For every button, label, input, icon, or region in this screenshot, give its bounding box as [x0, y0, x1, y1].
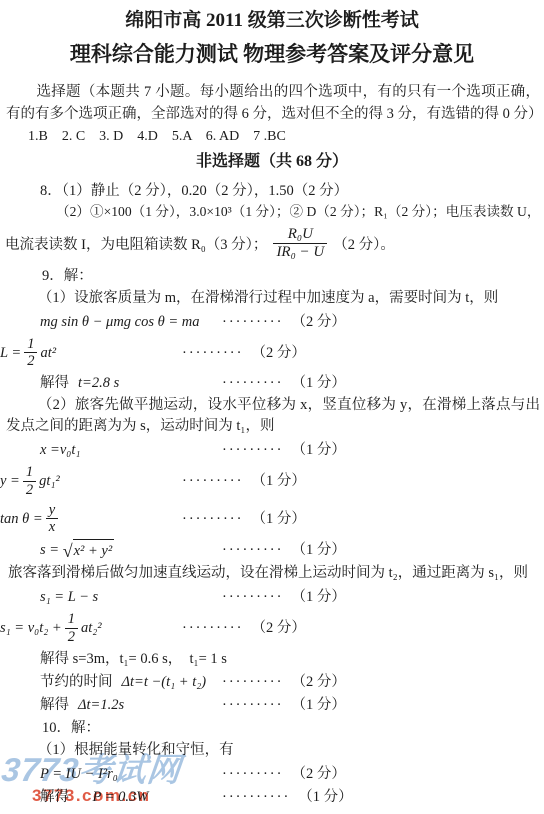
fraction-numerator: R₀U: [273, 226, 327, 244]
q8-line3-prefix: 电流表读数 I，为电阻箱读数 R₀（3 分）；: [5, 233, 267, 254]
q10-solve-power: 解得 P = 0.3W ·········· （1 分）: [40, 787, 544, 807]
formula: t=2.8 s: [78, 373, 119, 393]
choice-section-intro: 选择题（本题共 7 小题。每小题给出的四个选项中，有的只有一个选项正确，有的有多…: [6, 82, 540, 125]
formula-lhs: tan θ =: [0, 509, 43, 529]
score-label: （2 分）: [291, 764, 345, 784]
formula: Δt=t −(t₁ + t₂): [122, 672, 207, 692]
formula-rhs: at²: [40, 343, 56, 363]
document-content: 绵阳市高 2011 级第三次诊断性考试 理科综合能力测试 物理参考答案及评分意见…: [0, 0, 544, 807]
q9-equation-dt: 节约的时间Δt=t −(t₁ + t₂) ········· （2 分）: [40, 672, 544, 692]
score-label: （2 分）: [251, 343, 305, 363]
score-label: （1 分）: [291, 440, 345, 460]
score-label: （2 分）: [291, 672, 345, 692]
q10-header: 10．解：: [42, 718, 544, 738]
formula-rhs: gt₁²: [39, 471, 60, 491]
score-label: （1 分）: [251, 471, 305, 491]
dot-leader: ··········: [222, 787, 290, 807]
radicand: x² + y²: [73, 539, 115, 561]
score-label: （1 分）: [291, 587, 345, 607]
formula: P = 0.3W: [93, 787, 149, 807]
dot-leader: ·········: [222, 764, 283, 784]
one-half-fraction: 12: [65, 611, 78, 644]
q9-part1-intro: （1）设旅客质量为 m，在滑梯滑行过程中加速度为 a，需要时间为 t，则: [6, 288, 540, 309]
exam-title: 绵阳市高 2011 级第三次诊断性考试: [0, 0, 544, 34]
dot-leader: ·········: [222, 672, 283, 692]
q8-answer-line2: （2）①×100（1 分），3.0×10³（1 分）；② D（2 分）；R₁（2…: [56, 202, 544, 221]
q10-part1-intro: （1）根据能量转化和守恒，有: [6, 740, 540, 761]
q9-part2-intro: （2）旅客先做平抛运动，设水平位移为 x，竖直位移为 y，在滑梯上落点与出发点之…: [6, 395, 540, 437]
q9-equation-tan: tan θ = yx ········· （1 分）: [0, 502, 544, 535]
q9-equation-y: y = 12 gt₁² ········· （1 分）: [0, 464, 544, 497]
q9-solve-t: 解得t=2.8 s ········· （1 分）: [40, 373, 544, 393]
score-label: （2 分）: [291, 312, 345, 332]
dot-leader: ·········: [222, 695, 283, 715]
q9-part2-text2: 旅客落到滑梯后做匀加速直线运动，设在滑梯上运动时间为 t₂，通过距离为 s₁，则: [8, 563, 540, 584]
score-label: （1 分）: [251, 509, 305, 529]
q8-answer-line3: 电流表读数 I，为电阻箱读数 R₀（3 分）； R₀UIR₀ − U （2 分）…: [5, 223, 544, 263]
dot-leader: ·········: [182, 471, 243, 491]
q9-solve-values: 解得 s=3m，t₁= 0.6 s， t₁= 1 s: [40, 649, 544, 669]
formula-lhs: y =: [0, 471, 20, 491]
solve-values-text: 解得 s=3m，t₁= 0.6 s， t₁= 1 s: [40, 649, 227, 669]
fraction-numerator: 1: [65, 611, 78, 628]
dot-leader: ·········: [182, 618, 243, 638]
score-label: （1 分）: [291, 540, 345, 560]
formula-lhs: L =: [0, 343, 21, 363]
score-label: （1 分）: [298, 787, 352, 807]
dot-leader: ·········: [222, 540, 283, 560]
fraction-denominator: 2: [24, 353, 37, 369]
q9-header: 9．解：: [42, 266, 544, 286]
score-label: （2 分）: [251, 618, 305, 638]
dot-leader: ·········: [222, 440, 283, 460]
y-over-x-fraction: yx: [46, 502, 58, 535]
formula: Δt=1.2s: [78, 695, 124, 715]
q9-solve-dt: 解得Δt=1.2s ········· （1 分）: [40, 695, 544, 715]
q9-equation-distance: L = 12 at² ········· （2 分）: [0, 336, 544, 369]
solve-label: 解得: [40, 695, 69, 715]
dot-leader: ·········: [182, 509, 243, 529]
formula-rhs: at₂²: [81, 618, 102, 638]
saved-time-label: 节约的时间: [40, 672, 113, 692]
q9-equation-s1b: s₁ = v₀t₂ + 12 at₂² ········· （2 分）: [0, 611, 544, 644]
fraction-denominator: 2: [23, 482, 36, 498]
formula: P = IU − I²r₀: [40, 764, 118, 784]
formula: s₁ = L − s: [40, 587, 98, 607]
q9-equation-s1a: s₁ = L − s ········· （1 分）: [40, 587, 544, 607]
one-half-fraction: 12: [23, 464, 36, 497]
formula-lhs: s₁ = v₀t₂ +: [0, 618, 62, 638]
q8-answer-line1: 8．（1）静止（2 分），0.20（2 分），1.50（2 分）: [40, 181, 544, 201]
fraction-numerator: y: [46, 502, 58, 519]
choice-answers: 1.B 2. C 3. D 4.D 5.A 6. AD 7 .BC: [28, 127, 544, 146]
dot-leader: ·········: [222, 587, 283, 607]
fraction-denominator: IR₀ − U: [273, 244, 327, 261]
formula: mg sin θ − μmg cos θ = ma: [40, 312, 200, 332]
q9-equation-s: s = √x² + y² ········· （1 分）: [40, 539, 544, 561]
q10-equation-power: P = IU − I²r₀ ········· （2 分）: [40, 764, 544, 784]
one-half-fraction: 12: [24, 336, 37, 369]
fraction-denominator: 2: [65, 629, 78, 645]
q8-resistance-fraction: R₀UIR₀ − U: [273, 226, 327, 261]
dot-leader: ·········: [182, 343, 243, 363]
dot-leader: ·········: [222, 312, 283, 332]
score-label: （1 分）: [291, 695, 345, 715]
q9-equation-x: x =v₀t₁ ········· （1 分）: [40, 440, 544, 460]
q8-line3-suffix: （2 分）。: [333, 233, 395, 254]
q9-equation-newton: mg sin θ − μmg cos θ = ma ········· （2 分…: [40, 312, 544, 332]
fraction-numerator: 1: [24, 336, 37, 353]
fraction-numerator: 1: [23, 464, 36, 481]
document-page: 3773考试网 3773.com.cn 绵阳市高 2011 级第三次诊断性考试 …: [0, 0, 544, 814]
dot-leader: ·········: [222, 373, 283, 393]
solve-label: 解得: [40, 373, 69, 393]
solve-label: 解得: [40, 787, 84, 807]
square-root-sign: √: [63, 542, 73, 560]
formula: x =v₀t₁: [40, 440, 80, 460]
score-label: （1 分）: [291, 373, 345, 393]
exam-subtitle: 理科综合能力测试 物理参考答案及评分意见: [0, 40, 544, 69]
non-choice-heading: 非选择题（共 68 分）: [0, 151, 544, 173]
fraction-denominator: x: [46, 519, 58, 535]
formula-lhs: s =: [40, 540, 59, 560]
